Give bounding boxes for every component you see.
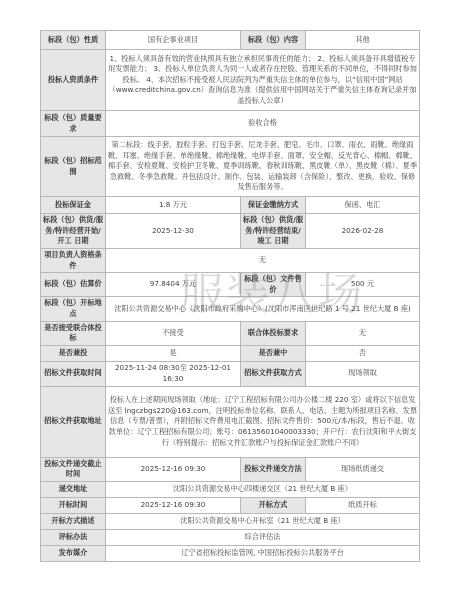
label-opening-location: 标段（包）开标地点	[41, 297, 106, 321]
label-multi-award: 是否兼中	[241, 345, 306, 361]
table-row: 投标文件递交截止时间 2025-12-16 09:30 投标文件递交方法 现场纸…	[41, 457, 420, 481]
label-multi-bid: 是否兼投	[41, 345, 106, 361]
label-doc-acquire-address: 招标文件获取地址	[41, 386, 106, 457]
label-section-content: 标段（包）内容	[241, 31, 306, 50]
value-doc-acquire-method: 现场领取	[306, 361, 420, 386]
table-row: 递交地址 沈阳公共资源交易中心四楼递交区（21 世纪大厦 B 座）	[41, 481, 420, 497]
value-consortium-accepted: 不接受	[106, 321, 241, 345]
value-opening-location: 沈阳公共资源交易中心（沈阳市政府采购中心）(沈阳市浑南区世纪路 1 号 21 世…	[106, 297, 420, 321]
value-submission-deadline: 2025-12-16 09:30	[106, 457, 241, 481]
table-row: 是否兼投 是 是否兼中 否	[41, 345, 420, 361]
table-row: 标段（包）质量要求 验收合格	[41, 111, 420, 137]
value-opening-time: 2025-12-16 09:30	[106, 497, 241, 513]
table-row: 是否接受联合体投标 不接受 联合体投标要求 无	[41, 321, 420, 345]
label-tender-scope: 标段（包）招标范围	[41, 137, 106, 197]
table-row: 招标文件获取时间 2025-11-24 08:30至 2025-12-01 16…	[41, 361, 420, 386]
label-publication-media: 发布媒介	[41, 545, 106, 561]
value-bid-bond: 1.8 万元	[106, 197, 241, 214]
table-row: 开标时间 2025-12-16 09:30 开标方式 纸质开标	[41, 497, 420, 513]
value-bond-payment-method: 保函、电汇	[306, 197, 420, 214]
value-estimated-price: 97.8404 万元	[106, 273, 241, 297]
label-end-date: 标段（包）供货/服务/特许经营结束/竣工 日期	[241, 214, 306, 249]
value-pm-qualification: 无	[106, 249, 420, 273]
label-pm-qualification: 项目负责人资格条件	[41, 249, 106, 273]
table-row: 发布媒介 辽宁省招标投标监管网, 中国招标投标公共服务平台	[41, 545, 420, 561]
value-doc-acquire-time: 2025-11-24 08:30至 2025-12-01 16:30	[106, 361, 241, 386]
table-row: 投标人资质条件 1、投标人须具备有效的营业执照具有独立承担民事责任的能力； 2、…	[41, 50, 420, 111]
value-bidder-qualification: 1、投标人须具备有效的营业执照具有独立承担民事责任的能力； 2、投标人须具备开具…	[106, 50, 420, 111]
label-start-date: 标段（包）供货/服务/特许经营开始/开工 日期	[41, 214, 106, 249]
value-opening-description: 沈阳公共资源交易中心开标室（21 世纪大厦 B 座）	[106, 513, 420, 529]
table-row: 开标方式描述 沈阳公共资源交易中心开标室（21 世纪大厦 B 座）	[41, 513, 420, 529]
label-bond-payment-method: 保证金缴纳方式	[241, 197, 306, 214]
value-submission-method: 现场纸质递交	[306, 457, 420, 481]
table-row: 项目负责人资格条件 无	[41, 249, 420, 273]
value-publication-media: 辽宁省招标投标监管网, 中国招标投标公共服务平台	[106, 545, 420, 561]
value-document-price: 500 元	[306, 273, 420, 297]
value-doc-acquire-address: 投标人在上述期间现场领取（地址：辽宁工程招标有限公司办公楼二楼 220 室）或将…	[106, 386, 420, 457]
value-evaluation-method: 综合评估法	[106, 529, 420, 545]
label-doc-acquire-time: 招标文件获取时间	[41, 361, 106, 386]
label-evaluation-method: 评标办法	[41, 529, 106, 545]
value-end-date: 2026-02-28	[306, 214, 420, 249]
tender-info-table: 标段（包）性质 国有企事业项目 标段（包）内容 其他 投标人资质条件 1、投标人…	[40, 30, 420, 562]
table-row: 标段（包）供货/服务/特许经营开始/开工 日期 2025-12-30 标段（包）…	[41, 214, 420, 249]
value-section-nature: 国有企事业项目	[106, 31, 241, 50]
value-quality-requirement: 验收合格	[106, 111, 420, 137]
label-quality-requirement: 标段（包）质量要求	[41, 111, 106, 137]
value-multi-bid: 是	[106, 345, 241, 361]
label-consortium-requirement: 联合体投标要求	[241, 321, 306, 345]
label-submission-method: 投标文件递交方法	[241, 457, 306, 481]
table-row: 标段（包）开标地点 沈阳公共资源交易中心（沈阳市政府采购中心）(沈阳市浑南区世纪…	[41, 297, 420, 321]
label-opening-time: 开标时间	[41, 497, 106, 513]
label-document-price: 标段（包）文件售价	[241, 273, 306, 297]
table-row: 招标文件获取地址 投标人在上述期间现场领取（地址：辽宁工程招标有限公司办公楼二楼…	[41, 386, 420, 457]
value-tender-scope: 第二标段：线手套、胶粒手套、打包手套、尼龙手套、肥皂、毛巾、口罩、雨衣、雨靴、绝…	[106, 137, 420, 197]
label-consortium-accepted: 是否接受联合体投标	[41, 321, 106, 345]
table-row: 投标保证金 1.8 万元 保证金缴纳方式 保函、电汇	[41, 197, 420, 214]
table-row: 标段（包）估算价 97.8404 万元 标段（包）文件售价 500 元	[41, 273, 420, 297]
label-section-nature: 标段（包）性质	[41, 31, 106, 50]
label-opening-method: 开标方式	[241, 497, 306, 513]
label-opening-description: 开标方式描述	[41, 513, 106, 529]
value-section-content: 其他	[306, 31, 420, 50]
value-submission-address: 沈阳公共资源交易中心四楼递交区（21 世纪大厦 B 座）	[106, 481, 420, 497]
value-multi-award: 否	[306, 345, 420, 361]
label-doc-acquire-method: 招标文件获取方式	[241, 361, 306, 386]
value-consortium-requirement: 无	[306, 321, 420, 345]
label-submission-deadline: 投标文件递交截止时间	[41, 457, 106, 481]
label-bid-bond: 投标保证金	[41, 197, 106, 214]
table-row: 标段（包）招标范围 第二标段：线手套、胶粒手套、打包手套、尼龙手套、肥皂、毛巾、…	[41, 137, 420, 197]
value-start-date: 2025-12-30	[106, 214, 241, 249]
label-submission-address: 递交地址	[41, 481, 106, 497]
table-row: 评标办法 综合评估法	[41, 529, 420, 545]
table-row: 标段（包）性质 国有企事业项目 标段（包）内容 其他	[41, 31, 420, 50]
label-bidder-qualification: 投标人资质条件	[41, 50, 106, 111]
label-estimated-price: 标段（包）估算价	[41, 273, 106, 297]
value-opening-method: 纸质开标	[306, 497, 420, 513]
